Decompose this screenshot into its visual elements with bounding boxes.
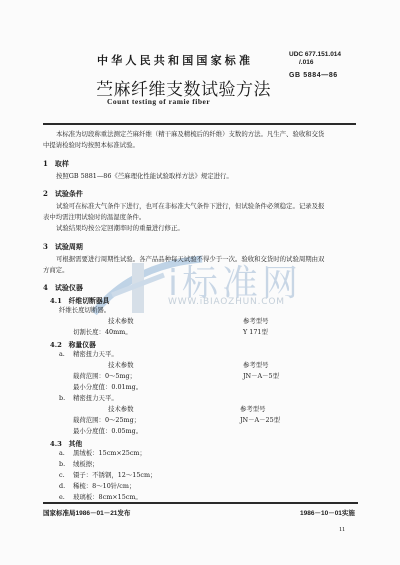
other-item-text: 镊子：不锈钢，12～15cm； (73, 471, 156, 480)
other-item-label: d. (59, 482, 65, 491)
item-a-label: a. (59, 350, 65, 359)
item-a-min-division: 最小分度值：0.01mg。 (73, 383, 142, 392)
item-a-load-range: 载荷范围：0～5mg； (73, 372, 136, 381)
section-4-1-heading: 4.1 纤维切断器具 (50, 295, 109, 305)
gb-number: GB 5884—86 (289, 72, 338, 79)
standard-type-heading: 中华人民共和国国家标准 (97, 52, 253, 68)
other-item-label: e. (59, 493, 65, 502)
item-b-model: JN－A－25型 (240, 416, 280, 425)
header-divider (43, 123, 356, 125)
section-2-line-1: 试验可在标准大气条件下进行，也可在非标准大气条件下进行，但试验条件必须稳定。记录… (56, 202, 324, 211)
section-2-line-2: 表中均需注明试验时的温湿度条件。 (43, 213, 145, 222)
cut-length-param: 切割长度：40mm。 (73, 328, 132, 337)
item-b-load-range: 载荷范围：0～25mg； (73, 416, 140, 425)
section-2-heading: 2 试验条件 (43, 189, 83, 199)
model-label: 参考型号 (243, 317, 269, 326)
item-a-desc: 精密扭力天平。 (73, 350, 118, 359)
section-4-1-desc: 纤维长度切断器。 (59, 306, 110, 315)
watermark-url: WWW.iBIAOZHUN.COM (168, 297, 285, 307)
section-1-text: 按照GB 5881—86《苎麻理化性能试验取样方法》规定进行。 (56, 172, 233, 181)
cutter-model: Y 171型 (243, 328, 268, 337)
item-a-param-label: 技术参数 (108, 361, 134, 370)
item-b-min-division: 最小分度值：0.05mg。 (73, 427, 142, 436)
document-subtitle: Count testing of ramie fiber (107, 97, 210, 106)
section-3-line-2: 方商定。 (43, 266, 69, 275)
other-item-text: 绒板擦； (73, 460, 99, 469)
section-4-3-heading: 4.3 其他 (50, 438, 82, 448)
intro-line-2: 中提请检验时均按照本标准试验。 (43, 141, 139, 150)
effective-date: 1986－10－01实施 (300, 508, 355, 517)
page-number: 11 (339, 526, 345, 533)
item-b-desc: 精密扭力天平。 (73, 394, 118, 403)
section-2-line-3: 试验结果均按公定回潮率时的重量进行修正。 (56, 224, 184, 233)
issued-date: 国家标准局1986－01－21发布 (43, 508, 130, 517)
item-b-param-label: 技术参数 (108, 405, 134, 414)
section-1-heading: 1 取样 (43, 159, 69, 169)
item-a-model-label: 参考型号 (243, 361, 269, 370)
section-3-heading: 3 试验周期 (43, 242, 83, 252)
item-a-model: JN－A－5型 (243, 372, 279, 381)
section-3-line-1: 可根据需要进行周期性试验。各产品品种每天试验不得少于一次。验收和交货时的试验周期… (56, 255, 324, 264)
intro-line-1: 本标准为切段称重法测定苎麻纤维（精干麻及精梳后的纤维）支数的方法。凡生产、验收和… (56, 130, 324, 139)
param-label: 技术参数 (108, 317, 134, 326)
other-item-label: a. (59, 449, 65, 458)
other-item-text: 稀梳：8～10针/cm； (73, 482, 135, 491)
item-b-label: b. (59, 394, 65, 403)
udc-code: UDC 677.151.014 /.016 (289, 51, 341, 66)
section-4-2-heading: 4.2 称量仪器 (50, 339, 96, 349)
other-item-label: c. (59, 471, 65, 480)
other-item-text: 玻璃板：8cm×15cm。 (73, 493, 142, 502)
footer-divider (43, 502, 358, 504)
item-b-model-label: 参考型号 (240, 405, 266, 414)
other-item-text: 黑绒板：15cm×25cm； (73, 449, 146, 458)
udc-line-1: UDC 677.151.014 (289, 51, 341, 59)
udc-line-2: /.016 (289, 59, 341, 67)
other-item-label: b. (59, 460, 65, 469)
section-4-heading: 4 试验仪器 (43, 283, 83, 293)
